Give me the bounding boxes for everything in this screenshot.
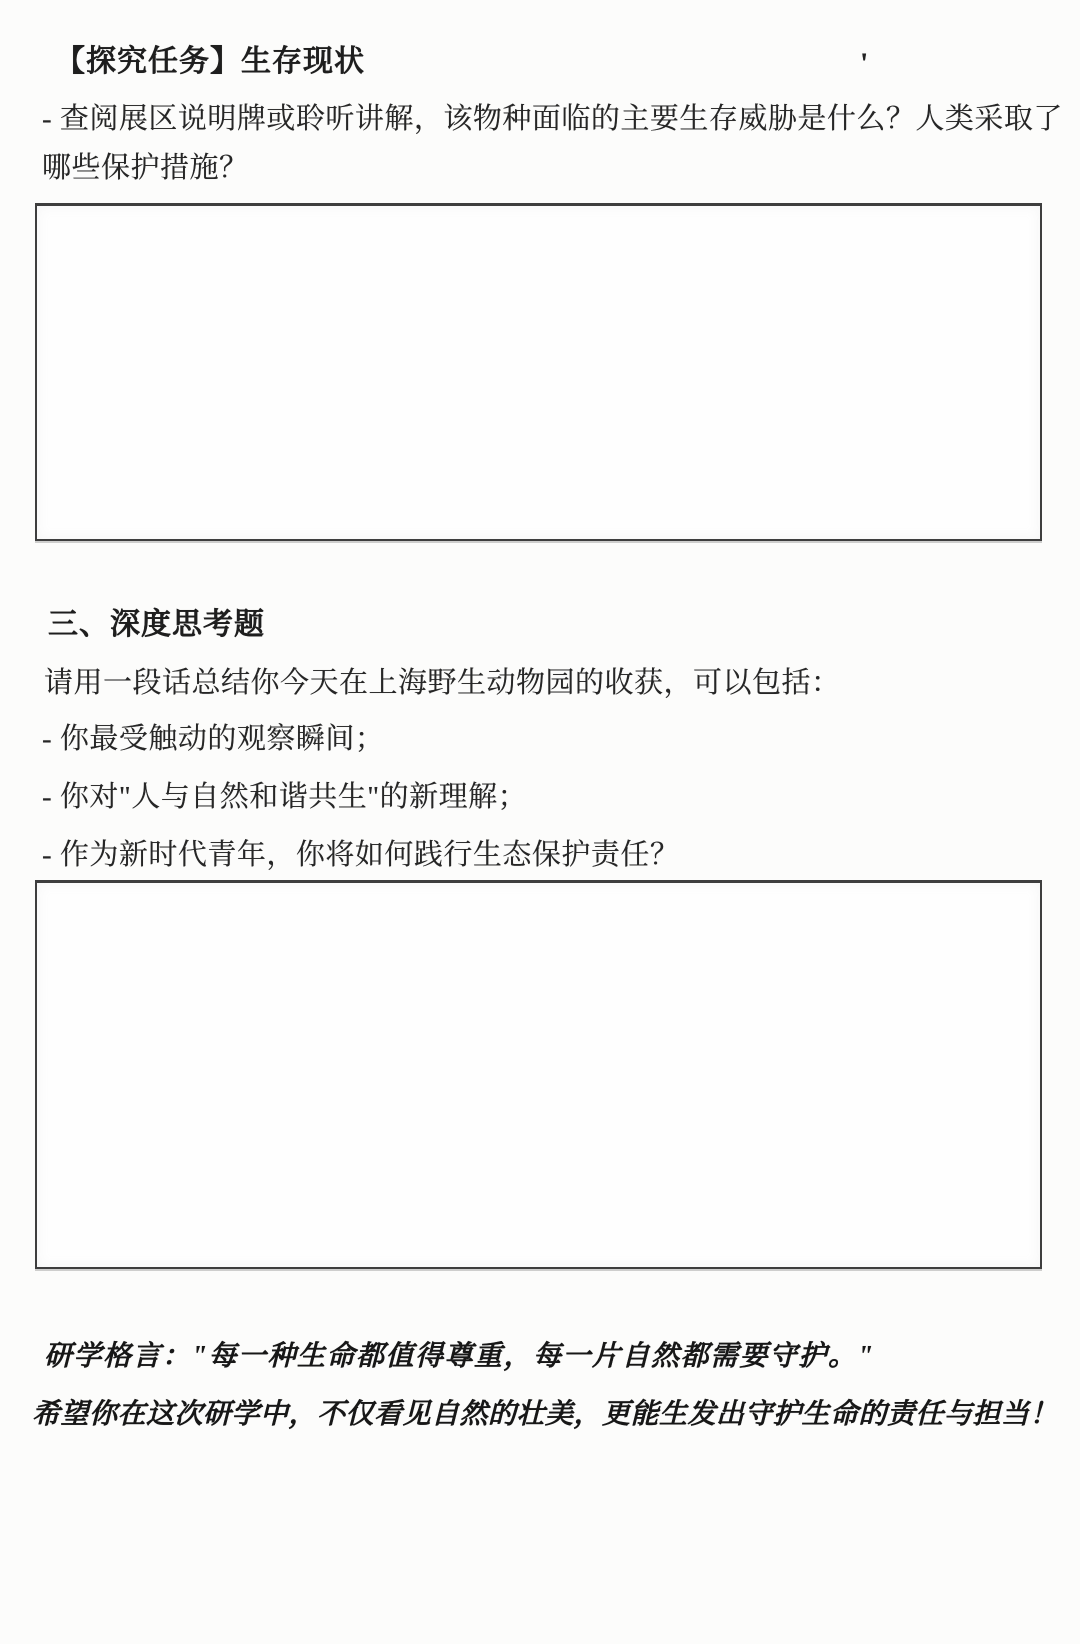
reflection-section-heading: 三、深度思考题 (48, 607, 265, 643)
reflection-intro: 请用一段话总结你今天在上海野生动物园的收获，可以包括： (44, 666, 841, 701)
reflection-bullet-3: - 作为新时代青年，你将如何践行生态保护责任？ (42, 838, 679, 873)
reflection-bullet-2: - 你对"人与自然和谐共生"的新理解； (42, 780, 527, 815)
task-prompt-line-1: - 查阅展区说明牌或聆听讲解，该物种面临的主要生存威胁是什么？人类采取了 (42, 102, 1063, 137)
task-section-heading: 【探究任务】生存现状 (55, 44, 365, 80)
task-prompt-line-2: 哪些保护措施？ (42, 151, 249, 186)
closing-wish-line: 希望你在这次研学中，不仅看见自然的壮美，更能生发出守护生命的责任与担当！ (32, 1398, 1058, 1432)
reflection-answer-box[interactable] (35, 880, 1042, 1269)
stray-apostrophe-mark: ' (860, 46, 869, 82)
task-answer-box[interactable] (35, 203, 1042, 541)
study-motto-line: 研学格言："每一种生命都值得尊重，每一片自然都需要守护。" (44, 1340, 875, 1374)
worksheet-page: 【探究任务】生存现状 ' - 查阅展区说明牌或聆听讲解，该物种面临的主要生存威胁… (0, 0, 1080, 1644)
reflection-bullet-1: - 你最受触动的观察瞬间； (42, 722, 384, 757)
